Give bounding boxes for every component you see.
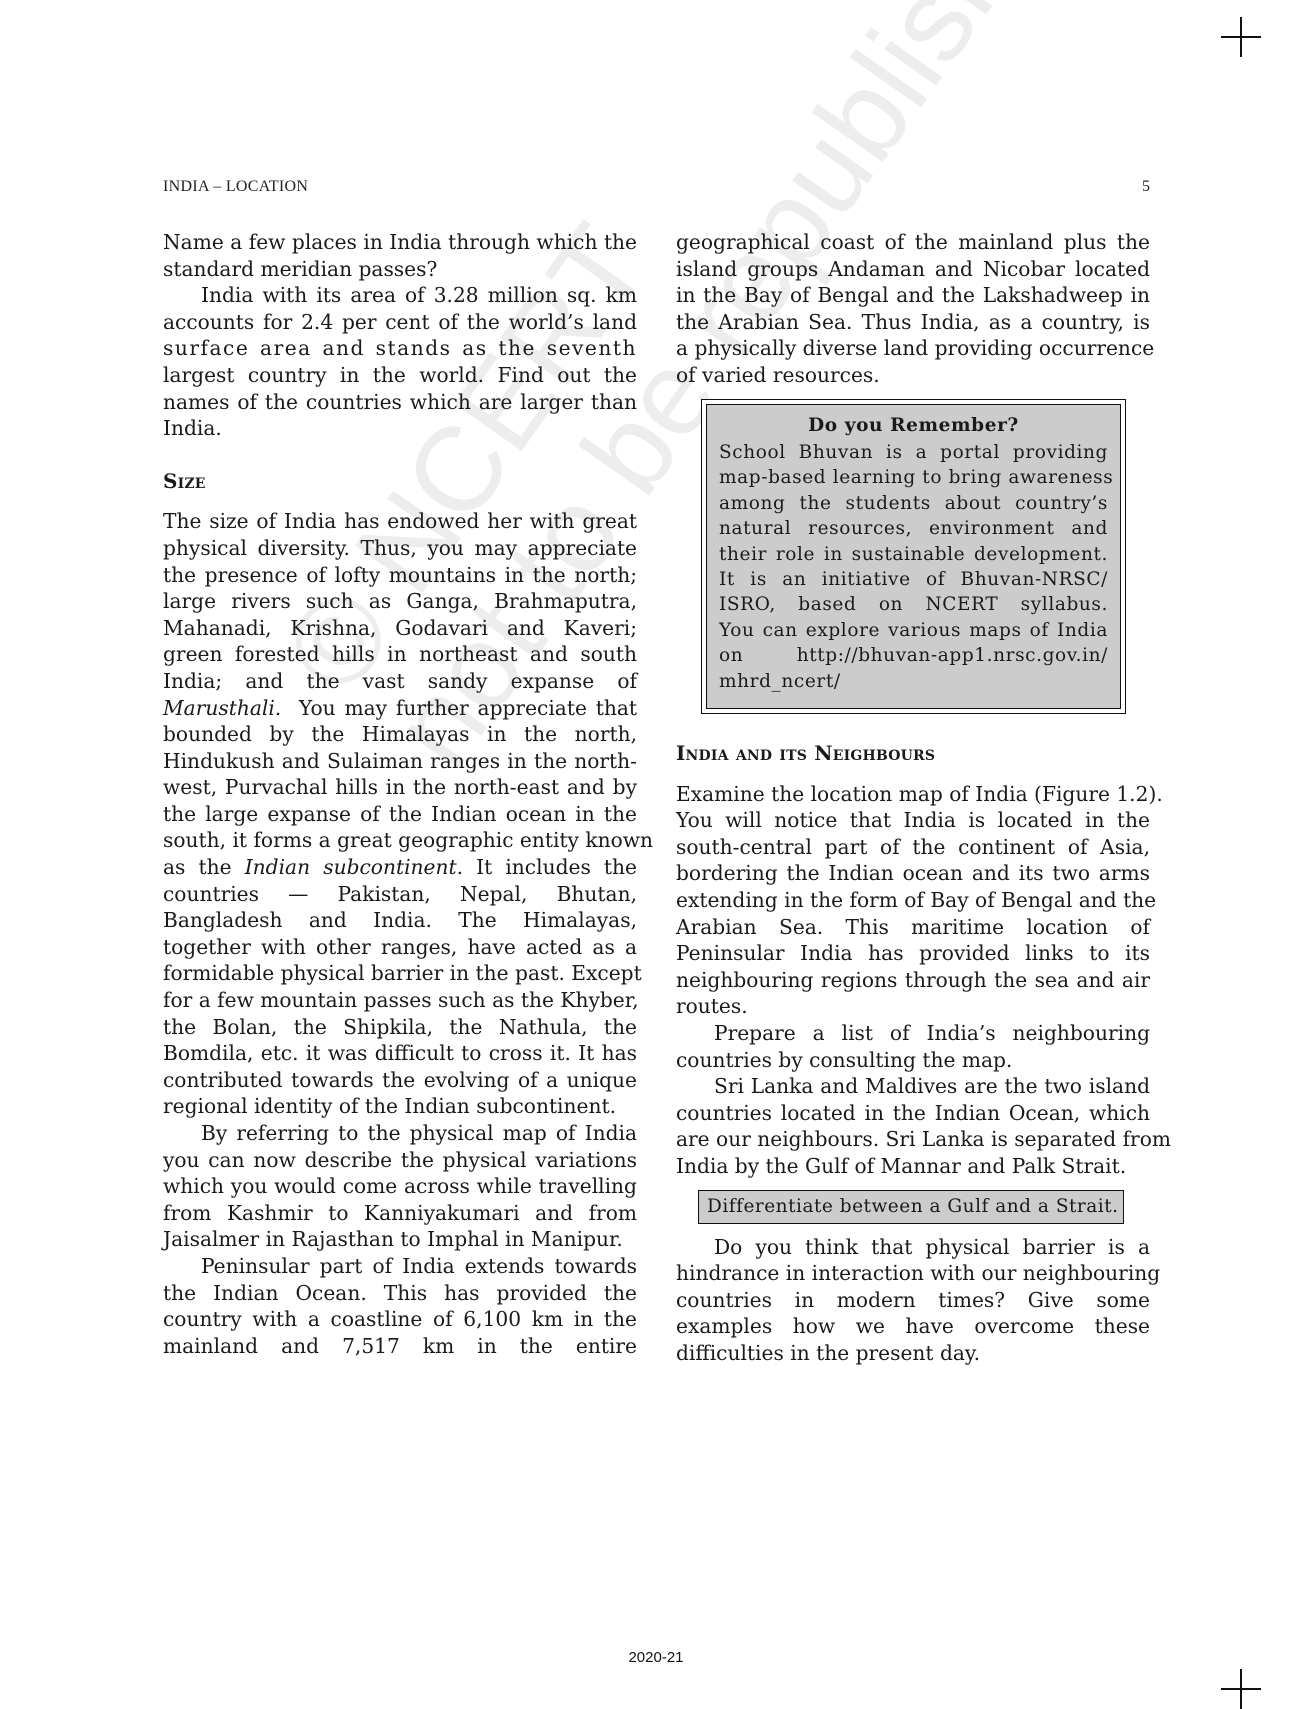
text-line: natural resources, environment and (719, 516, 1108, 541)
footer-year: 2020-21 (0, 1649, 1312, 1666)
continuation-paragraph: geographical coast of the mainland plus … (676, 229, 1150, 389)
text-line: for a few mountain passes such as the Kh… (163, 987, 637, 1014)
area-paragraph: India with its area of 3.28 million sq. … (163, 282, 637, 442)
text-line: Mahanadi, Krishna, Godavari and Kaveri; (163, 615, 637, 642)
text-line: their role in sustainable development. (719, 542, 1108, 567)
intro-question: Name a few places in India through which… (163, 229, 637, 282)
text-line: large rivers such as Ganga, Brahmaputra, (163, 588, 637, 615)
text-line: Bomdila, etc. it was difficult to cross … (163, 1040, 637, 1067)
text-line: Examine the location map of India (Figur… (676, 781, 1150, 808)
text-line: map-based learning to bring awareness (719, 465, 1108, 490)
text-line: School Bhuvan is a portal providing (719, 440, 1108, 465)
text-line: the Arabian Sea. Thus India, as a countr… (676, 309, 1150, 336)
page-number: 5 (1142, 178, 1150, 196)
text-line: Hindukush and Sulaiman ranges in the nor… (163, 748, 637, 775)
text-line: Jaisalmer in Rajasthan to Imphal in Mani… (163, 1226, 637, 1253)
text-line: you can now describe the physical variat… (163, 1147, 637, 1174)
text-line: countries located in the Indian Ocean, w… (676, 1100, 1150, 1127)
text-line: west, Purvachal hills in the north-east … (163, 774, 637, 801)
text-line: You will notice that India is located in… (676, 807, 1150, 834)
prepare-list-paragraph: Prepare a list of India’s neighbouring c… (676, 1020, 1150, 1073)
text-line: among the students about country’s (719, 491, 1108, 516)
text-line: ISRO, based on NCERT syllabus. (719, 592, 1108, 617)
crop-mark-bottom-right-icon (1221, 1669, 1261, 1709)
srilanka-paragraph: Sri Lanka and Maldives are the two islan… (676, 1073, 1150, 1179)
italic-term: Marusthali. (163, 696, 281, 720)
text-line: Peninsular part of India extends towards (163, 1253, 637, 1280)
text-line: standard meridian passes? (163, 256, 637, 283)
text-line: Peninsular India has provided links to i… (676, 940, 1150, 967)
physical-map-paragraph: By referring to the physical map of Indi… (163, 1120, 637, 1253)
text-line: the Indian Ocean. This has provided the (163, 1280, 637, 1307)
text-line: neighbouring regions through the sea and… (676, 967, 1150, 994)
text-line: bordering the Indian ocean and its two a… (676, 860, 1150, 887)
text-line: bounded by the Himalayas in the north, (163, 721, 637, 748)
do-you-remember-inner: Do you Remember? School Bhuvan is a port… (706, 404, 1121, 709)
text-line: Prepare a list of India’s neighbouring (676, 1020, 1150, 1047)
left-column: Name a few places in India through which… (163, 229, 637, 1359)
text-line: from Kashmir to Kanniyakumari and from (163, 1200, 637, 1227)
text-line: Bangladesh and India. The Himalayas, (163, 907, 637, 934)
text-line: Do you think that physical barrier is a (676, 1234, 1150, 1261)
text-line: names of the countries which are larger … (163, 389, 637, 416)
text-line: of varied resources. (676, 362, 1150, 389)
text-line: together with other ranges, have acted a… (163, 934, 637, 961)
text-line: Name a few places in India through which… (163, 229, 637, 256)
text-line: Sri Lanka and Maldives are the two islan… (676, 1073, 1150, 1100)
text-line: You can explore various maps of India (719, 618, 1108, 643)
barrier-paragraph: Do you think that physical barrier is a … (676, 1234, 1150, 1367)
text-line: India by the Gulf of Mannar and Palk Str… (676, 1153, 1150, 1180)
text-line: mainland and 7,517 km in the entire (163, 1333, 637, 1360)
text-line: geographical coast of the mainland plus … (676, 229, 1150, 256)
text-line: the Bolan, the Shipkila, the Nathula, th… (163, 1014, 637, 1041)
text-line: countries by consulting the map. (676, 1047, 1150, 1074)
text-line: Marusthali. You may further appreciate t… (163, 695, 637, 722)
text-line: India with its area of 3.28 million sq. … (163, 282, 637, 309)
right-column: geographical coast of the mainland plus … (676, 229, 1150, 1367)
text-line: contributed towards the evolving of a un… (163, 1067, 637, 1094)
text-line: in the Bay of Bengal and the Lakshadweep… (676, 282, 1150, 309)
do-you-remember-box: Do you Remember? School Bhuvan is a port… (701, 399, 1126, 714)
size-paragraph: The size of India has endowed her with g… (163, 508, 637, 1120)
text-line: green forested hills in northeast and so… (163, 641, 637, 668)
bhuvan-url-line[interactable]: mhrd_ncert/ (719, 669, 1108, 694)
text-line: the presence of lofty mountains in the n… (163, 562, 637, 589)
text-line: a physically diverse land providing occu… (676, 335, 1150, 362)
running-head: INDIA – LOCATION (163, 178, 308, 196)
text-line: physical diversity. Thus, you may apprec… (163, 535, 637, 562)
crop-mark-top-right-icon (1221, 17, 1261, 57)
text-line: difficulties in the present day. (676, 1340, 1150, 1367)
text-line: examples how we have overcome these (676, 1313, 1150, 1340)
text-line: island groups Andaman and Nicobar locate… (676, 256, 1150, 283)
differentiate-activity-box: Differentiate between a Gulf and a Strai… (698, 1190, 1124, 1224)
text-line: countries in modern times? Give some (676, 1287, 1150, 1314)
text-line: regional identity of the Indian subconti… (163, 1093, 637, 1120)
bhuvan-url-line[interactable]: on http://bhuvan-app1.nrsc.gov.in/ (719, 643, 1108, 668)
text-line: India; and the vast sandy expanse of (163, 668, 637, 695)
text-line: By referring to the physical map of Indi… (163, 1120, 637, 1147)
text-line: The size of India has endowed her with g… (163, 508, 637, 535)
text-line: are our neighbours. Sri Lanka is separat… (676, 1126, 1150, 1153)
text-line: the large expanse of the Indian ocean in… (163, 801, 637, 828)
text-line: routes. (676, 993, 1150, 1020)
text-line: largest country in the world. Find out t… (163, 362, 637, 389)
italic-term: Indian subcontinent. (245, 855, 463, 879)
text-line: south, it forms a great geographic entit… (163, 827, 637, 854)
text-line: as the Indian subcontinent. It includes … (163, 854, 637, 881)
text-line: accounts for 2.4 per cent of the world’s… (163, 309, 637, 336)
text-line: which you would come across while travel… (163, 1173, 637, 1200)
do-you-remember-title: Do you Remember? (719, 413, 1108, 438)
text-line: India. (163, 415, 637, 442)
text-line: It is an initiative of Bhuvan-NRSC/ (719, 567, 1108, 592)
text-line: south-central part of the continent of A… (676, 834, 1150, 861)
text-line: surface area and stands as the seventh (163, 335, 637, 362)
text-line: formidable physical barrier in the past.… (163, 960, 637, 987)
text-line: countries — Pakistan, Nepal, Bhutan, (163, 881, 637, 908)
text-line: hindrance in interaction with our neighb… (676, 1260, 1150, 1287)
section-heading-neighbours: India and its Neighbours (676, 740, 1150, 767)
neighbours-paragraph: Examine the location map of India (Figur… (676, 781, 1150, 1020)
section-heading-size: Size (163, 468, 637, 495)
text-line: Arabian Sea. This maritime location of (676, 914, 1150, 941)
text-line: country with a coastline of 6,100 km in … (163, 1306, 637, 1333)
text-line: extending in the form of Bay of Bengal a… (676, 887, 1150, 914)
peninsular-paragraph: Peninsular part of India extends towards… (163, 1253, 637, 1359)
